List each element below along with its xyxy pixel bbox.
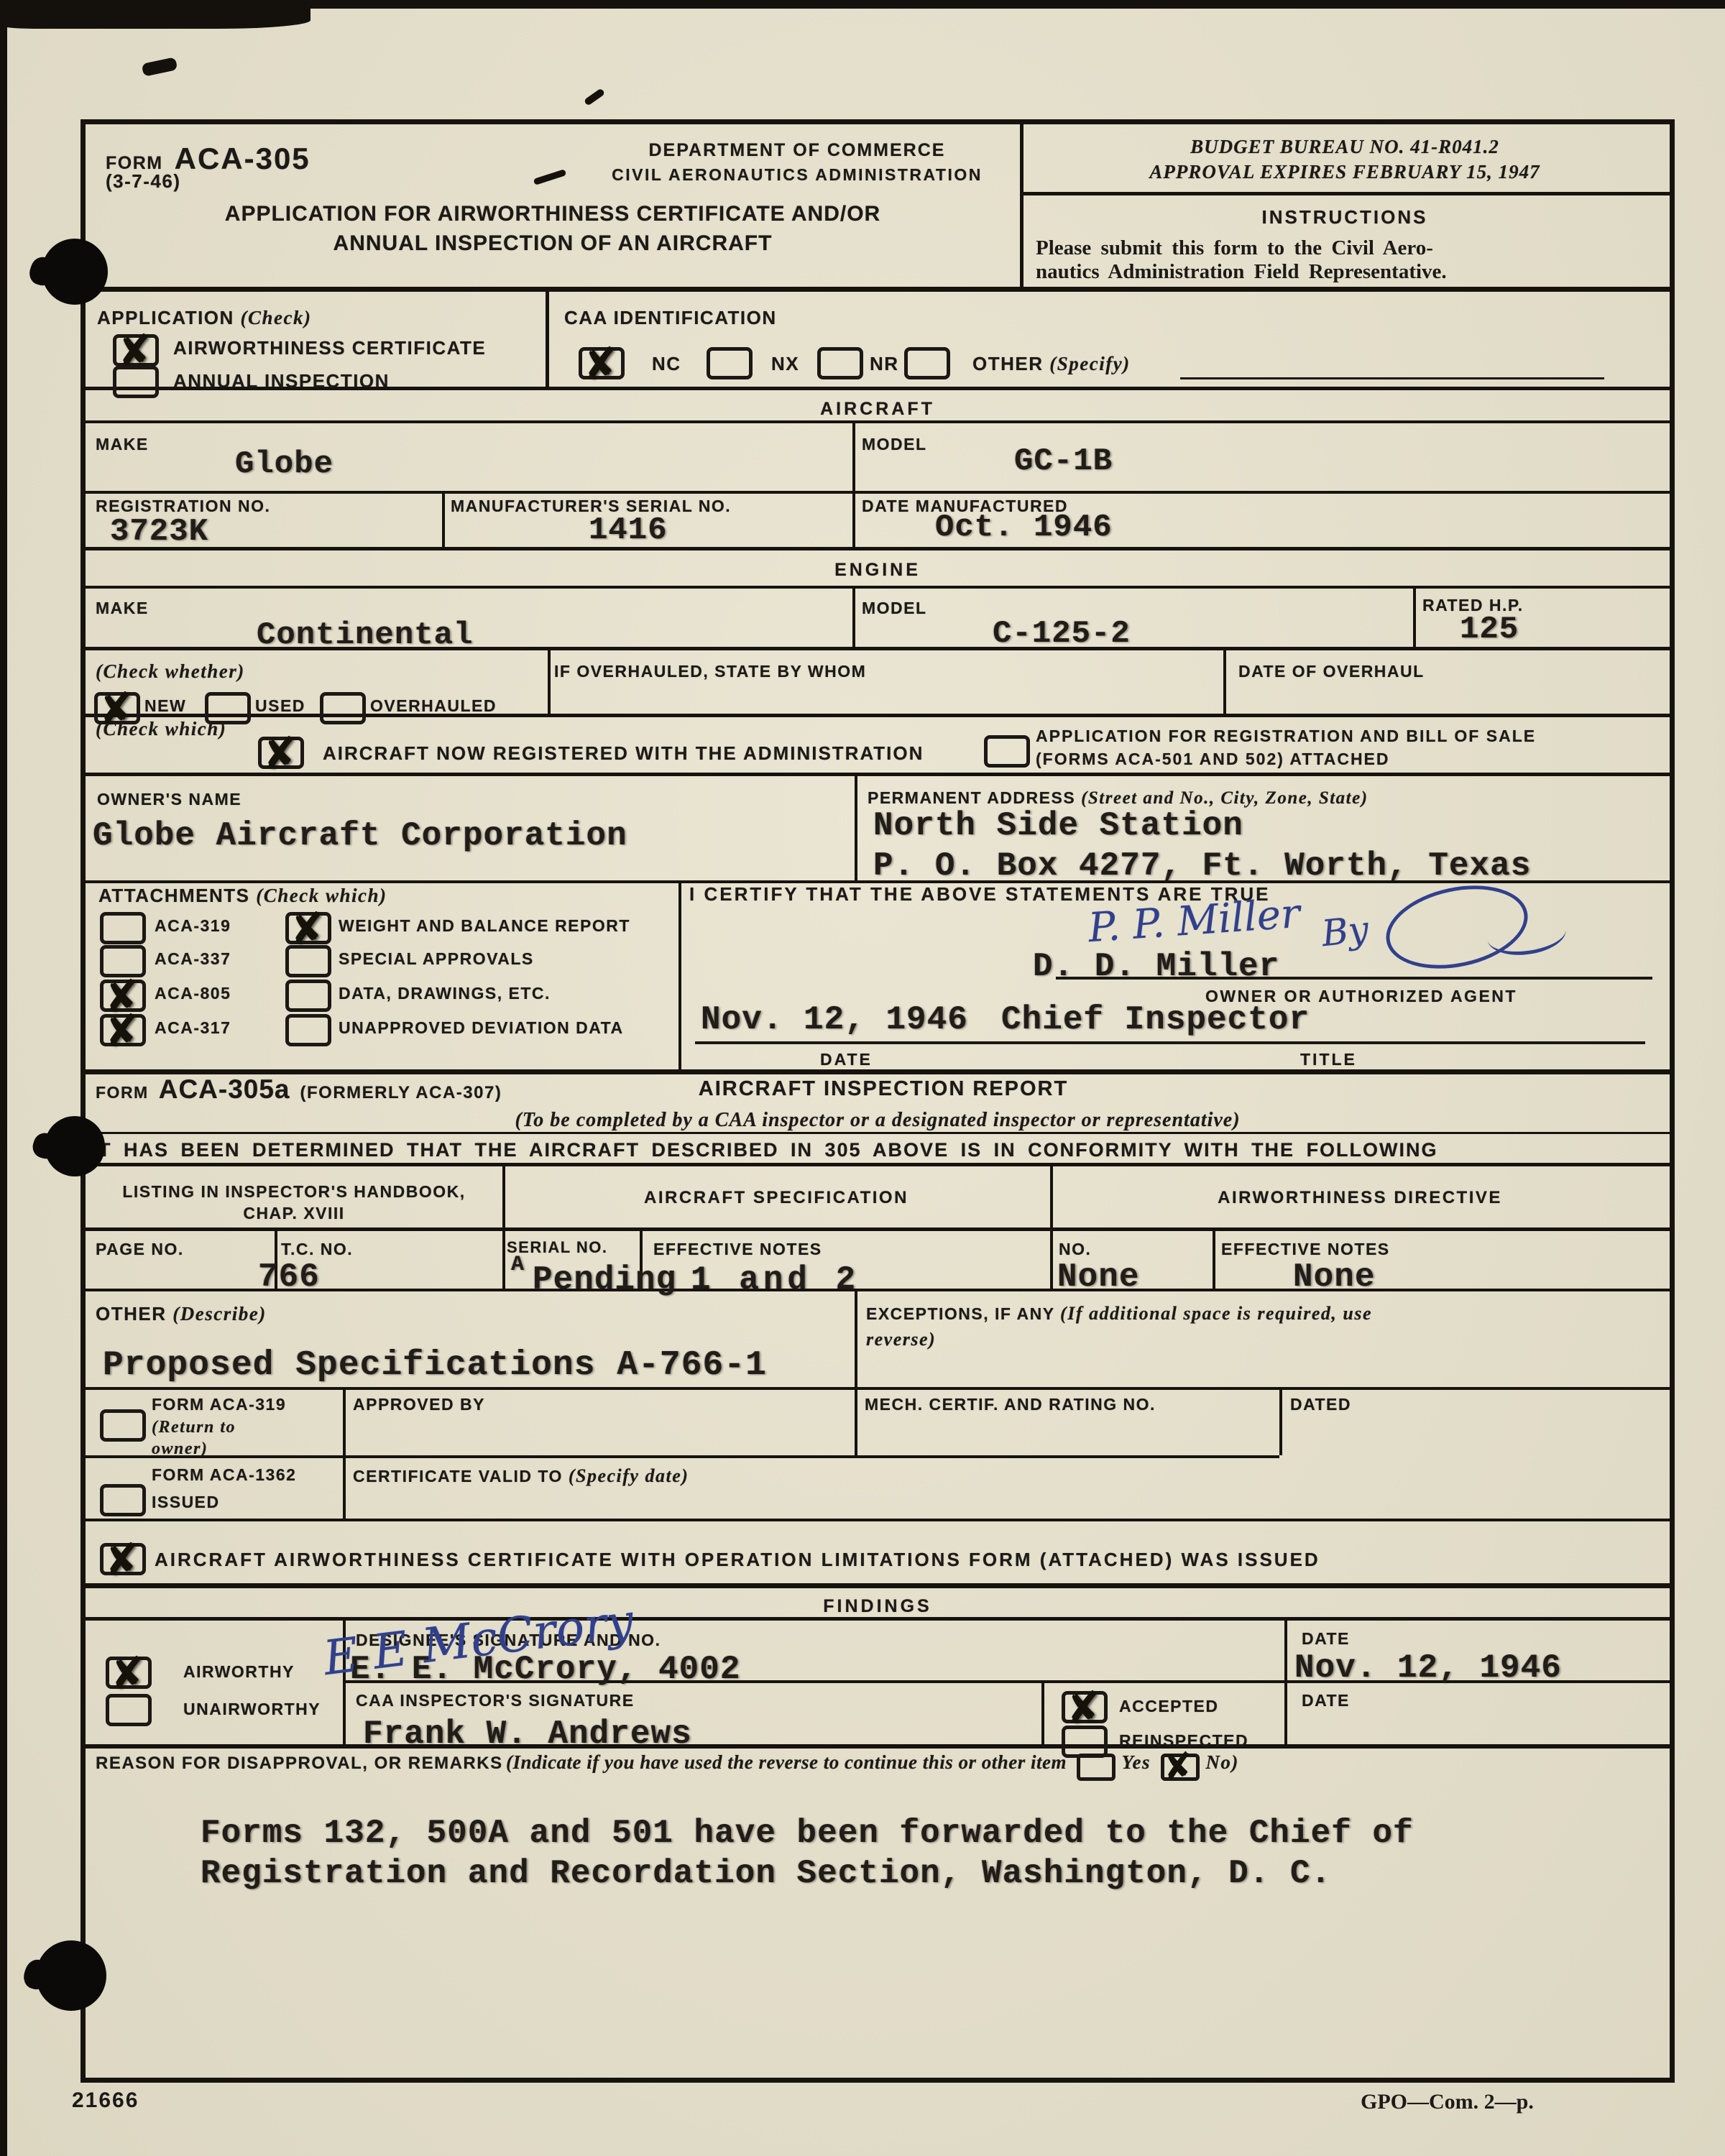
form-319-label: FORM ACA-319 <box>152 1395 286 1414</box>
permanent-address-label-text: PERMANENT ADDRESS <box>868 788 1075 807</box>
accepted-label: ACCEPTED <box>1119 1697 1219 1716</box>
grid-line-h <box>86 287 1670 292</box>
engine-overhauled-label: OVERHAULED <box>370 696 497 716</box>
approval-expires: APPROVAL EXPIRES FEBRUARY 15, 1947 <box>1149 161 1540 183</box>
grid-line-h <box>86 586 1670 589</box>
nx-label: NX <box>771 353 799 375</box>
overhauled-by-label: IF OVERHAULED, STATE BY WHOM <box>554 662 866 681</box>
engine-new-label: NEW <box>144 696 186 716</box>
form-1362-label-line2: ISSUED <box>152 1493 220 1512</box>
application-label-note: (Check) <box>241 307 312 328</box>
certification-date-line <box>695 1041 1027 1044</box>
weight-balance-label: WEIGHT AND BALANCE REPORT <box>339 916 630 936</box>
scanned-form-page: FORM ACA-305 (3-7-46) DEPARTMENT OF COMM… <box>0 0 1725 2156</box>
grid-line-v <box>855 1289 857 1387</box>
ad-effective-notes-label: EFFECTIVE NOTES <box>1221 1240 1390 1259</box>
certificate-valid-to-label: CERTIFICATE VALID TO (Specify date) <box>353 1465 689 1487</box>
nr-checkbox <box>817 347 863 379</box>
nc-label: NC <box>652 353 681 375</box>
remarks-yes-label: Yes <box>1121 1751 1151 1773</box>
spec-column-header: AIRCRAFT SPECIFICATION <box>502 1188 1050 1208</box>
grid-line-h <box>86 1744 1670 1749</box>
aircraft-model-value: GC-1B <box>1014 443 1113 479</box>
aircraft-model-label: MODEL <box>862 435 927 454</box>
approved-by-label: APPROVED BY <box>353 1395 485 1414</box>
certification-date-label: DATE <box>820 1050 873 1069</box>
registration-value: 3723K <box>110 514 208 550</box>
mech-certif-label: MECH. CERTIF. AND RATING NO. <box>865 1395 1156 1414</box>
grid-line-v <box>855 1387 857 1455</box>
airworthiness-certificate-label: AIRWORTHINESS CERTIFICATE <box>173 337 486 359</box>
instructions-title: INSTRUCTIONS <box>1020 206 1670 229</box>
instructions-line2: nautics Administration Field Representat… <box>1036 260 1447 283</box>
grid-line-h <box>86 547 1670 550</box>
handbook-column-header: LISTING IN INSPECTOR'S HANDBOOK, CHAP. X… <box>86 1182 502 1225</box>
grid-line-h <box>1020 192 1670 195</box>
other-describe-value: Proposed Specifications A-766-1 <box>103 1346 767 1385</box>
engine-used-label: USED <box>255 696 305 716</box>
form-revision-date: (3-7-46) <box>106 170 180 193</box>
grid-line-v <box>852 586 855 647</box>
attachments-label: ATTACHMENTS (Check which) <box>98 885 387 907</box>
department-name: DEPARTMENT OF COMMERCE CIVIL AERONAUTICS… <box>524 140 1070 188</box>
engine-model-value: C-125-2 <box>993 616 1131 652</box>
ad-no-value: None <box>1057 1258 1139 1296</box>
budget-bureau-note: BUDGET BUREAU NO. 41-R041.2 APPROVAL EXP… <box>1020 136 1670 185</box>
tc-no-label: T.C. NO. <box>281 1240 353 1259</box>
footer-stock-number: 21666 <box>72 2088 139 2113</box>
pen-mark <box>142 57 178 77</box>
grid-line-v <box>502 1163 505 1289</box>
aircraft-make-label: MAKE <box>96 435 149 454</box>
attachments-label-text: ATTACHMENTS <box>98 885 250 906</box>
inspection-form-number-value: ACA-305a <box>159 1074 290 1105</box>
remarks-no-checkbox <box>1161 1754 1200 1781</box>
other-label-text: OTHER <box>972 353 1044 374</box>
owner-signature-typed: D. D. Miller <box>1033 948 1279 985</box>
registered-label: AIRCRAFT NOW REGISTERED WITH THE ADMINIS… <box>323 742 924 765</box>
grid-line-v <box>1284 1617 1287 1744</box>
remarks-body-line1: Forms 132, 500A and 501 have been forwar… <box>201 1815 1414 1852</box>
grid-line-v <box>1223 647 1226 714</box>
special-approvals-checkbox <box>285 945 331 977</box>
grid-line-v <box>678 880 681 1069</box>
certification-title-line <box>991 1041 1645 1044</box>
designee-date-value: Nov. 12, 1946 <box>1294 1649 1562 1687</box>
certificate-issued-checkbox <box>100 1543 146 1575</box>
page-title: APPLICATION FOR AIRWORTHINESS CERTIFICAT… <box>86 202 1020 261</box>
engine-make-value: Continental <box>257 617 473 653</box>
grid-line-v <box>1279 1387 1282 1455</box>
grid-line-h <box>86 773 1670 776</box>
engine-model-label: MODEL <box>862 599 927 618</box>
date-manufactured-value: Oct. 1946 <box>935 510 1113 545</box>
page-no-label: PAGE NO. <box>96 1240 184 1259</box>
owner-address-line1: North Side Station <box>873 807 1243 844</box>
data-drawings-label: DATA, DRAWINGS, ETC. <box>339 984 551 1003</box>
certification-date-value: Nov. 12, 1946 <box>701 1001 968 1038</box>
unapproved-deviation-label: UNAPPROVED DEVIATION DATA <box>339 1018 624 1038</box>
annual-inspection-checkbox <box>113 366 159 398</box>
other-label-note: (Specify) <box>1049 353 1130 374</box>
caa-inspector-signature-label: CAA INSPECTOR'S SIGNATURE <box>356 1691 635 1710</box>
form-319-checkbox <box>100 1409 146 1442</box>
footer-gpo-imprint: GPO—Com. 2—p. <box>1361 2090 1534 2114</box>
serial-no-value: Pending <box>533 1261 676 1299</box>
aca-317-label: ACA-317 <box>155 1018 231 1038</box>
grid-line-v <box>852 491 855 547</box>
form-1362-checkbox <box>100 1484 146 1516</box>
date-of-overhaul-label: DATE OF OVERHAUL <box>1238 662 1425 681</box>
unapproved-deviation-checkbox <box>285 1014 331 1046</box>
form-319-note1: (Return to <box>152 1418 236 1437</box>
punch-hole <box>42 239 108 305</box>
engine-overhauled-checkbox <box>320 692 366 724</box>
certificate-issued-label: AIRCRAFT AIRWORTHINESS CERTIFICATE WITH … <box>155 1549 1320 1571</box>
special-approvals-label: SPECIAL APPROVALS <box>339 949 534 969</box>
certificate-valid-to-text: CERTIFICATE VALID TO <box>353 1467 563 1485</box>
airworthy-checkbox <box>106 1657 152 1689</box>
grid-line-h <box>86 1227 1670 1231</box>
findings-section-title: FINDINGS <box>86 1596 1670 1617</box>
other-checkbox <box>904 347 950 379</box>
grid-line-h <box>86 1519 1670 1521</box>
unairworthy-label: UNAIRWORTHY <box>183 1700 321 1719</box>
application-section-label: APPLICATION (Check) <box>97 307 312 329</box>
tc-no-value: 766 <box>258 1258 320 1296</box>
owner-name-value: Globe Aircraft Corporation <box>93 817 627 854</box>
inspection-subtitle: (To be completed by a CAA inspector or a… <box>86 1109 1670 1132</box>
instructions-line1: Please submit this form to the Civil Aer… <box>1036 236 1433 259</box>
designee-date-label: DATE <box>1302 1629 1350 1649</box>
aca-337-label: ACA-337 <box>155 949 231 969</box>
caa-identification-label: CAA IDENTIFICATION <box>564 307 777 329</box>
engine-used-checkbox <box>205 692 251 724</box>
department-line: DEPARTMENT OF COMMERCE <box>649 140 946 160</box>
pen-mark <box>584 88 605 106</box>
accepted-checkbox <box>1062 1691 1108 1723</box>
inspection-title: AIRCRAFT INSPECTION REPORT <box>459 1077 1307 1101</box>
data-drawings-checkbox <box>285 980 331 1012</box>
form-1362-label-line1: FORM ACA-1362 <box>152 1465 296 1485</box>
grid-line-h <box>86 1069 1670 1074</box>
grid-line-v <box>343 1387 346 1455</box>
determination-statement: T HAS BEEN DETERMINED THAT THE AIRCRAFT … <box>98 1139 1438 1161</box>
remarks-body-line2: Registration and Recordation Section, Wa… <box>201 1855 1331 1892</box>
exceptions-label: EXCEPTIONS, IF ANY (If additional space … <box>866 1303 1372 1325</box>
grid-line-h <box>86 420 1670 423</box>
ad-effective-notes-value: None <box>1293 1258 1375 1296</box>
effective-notes-label: EFFECTIVE NOTES <box>653 1240 822 1259</box>
exceptions-text: EXCEPTIONS, IF ANY <box>866 1304 1054 1323</box>
page-title-line1: APPLICATION FOR AIRWORTHINESS CERTIFICAT… <box>225 202 880 226</box>
aircraft-make-value: Globe <box>235 446 333 482</box>
check-whether-label: (Check whether) <box>96 660 245 683</box>
budget-bureau-number: BUDGET BUREAU NO. 41-R041.2 <box>1190 136 1499 157</box>
nc-checkbox <box>579 347 625 379</box>
grid-line-h <box>86 1455 1279 1458</box>
grid-line-h <box>86 1583 1670 1588</box>
punch-hole <box>45 1116 105 1176</box>
punch-hole <box>36 1940 106 2011</box>
grid-line-v <box>1213 1227 1215 1289</box>
grid-line-h <box>86 1163 1670 1166</box>
grid-line-v <box>1413 586 1416 647</box>
aca-319-label: ACA-319 <box>155 916 231 936</box>
nx-checkbox <box>707 347 753 379</box>
unairworthy-checkbox <box>106 1694 152 1726</box>
other-label: OTHER (Specify) <box>972 353 1131 375</box>
effective-notes-value: 1 and 2 <box>691 1261 860 1299</box>
inspection-form-prefix: FORM <box>96 1083 149 1102</box>
grid-line-h <box>86 1387 1670 1390</box>
instructions-body: Please submit this form to the Civil Aer… <box>1036 236 1668 284</box>
owner-signature-by: By <box>1320 908 1371 954</box>
grid-line-v <box>1050 1163 1053 1289</box>
aca-317-checkbox <box>100 1014 146 1046</box>
inspection-form-number: FORM ACA-305a (FORMERLY ACA-307) <box>96 1074 502 1105</box>
aca-805-label: ACA-805 <box>155 984 231 1003</box>
nr-label: NR <box>870 353 899 375</box>
permanent-address-label-note: (Street and No., City, Zone, State) <box>1081 788 1368 808</box>
directive-column-header: AIRWORTHINESS DIRECTIVE <box>1050 1188 1670 1208</box>
dated-label: DATED <box>1290 1395 1351 1414</box>
registered-checkbox <box>258 737 304 769</box>
other-describe-label: OTHER (Describe) <box>96 1303 267 1325</box>
engine-new-checkbox <box>94 692 140 724</box>
rated-hp-value: 125 <box>1460 612 1519 648</box>
bill-of-sale-line1: APPLICATION FOR REGISTRATION AND BILL OF… <box>1036 727 1536 746</box>
grid-line-v <box>442 491 445 547</box>
annual-inspection-label: ANNUAL INSPECTION <box>173 370 390 392</box>
bill-of-sale-checkbox <box>984 735 1030 768</box>
caa-date-label: DATE <box>1302 1691 1350 1710</box>
airworthy-label: AIRWORTHY <box>183 1662 295 1682</box>
grid-line-v <box>546 287 549 387</box>
grid-line-v <box>1041 1680 1044 1744</box>
grid-line-v <box>852 420 855 491</box>
engine-section-title: ENGINE <box>86 560 1670 581</box>
application-label: APPLICATION <box>97 307 234 328</box>
certification-title-label: TITLE <box>1300 1050 1357 1069</box>
remarks-no-label: No) <box>1205 1751 1239 1773</box>
remarks-label: REASON FOR DISAPPROVAL, OR REMARKS <box>96 1754 503 1773</box>
reinspected-checkbox <box>1062 1726 1108 1758</box>
weight-balance-checkbox <box>285 912 331 944</box>
form-319-note2: owner) <box>152 1439 208 1459</box>
grid-line-h <box>86 1289 1670 1291</box>
owner-name-label: OWNER'S NAME <box>97 790 241 809</box>
exceptions-note2: reverse) <box>866 1329 936 1350</box>
other-specify-line <box>1180 377 1604 379</box>
certificate-valid-to-note: (Specify date) <box>569 1465 689 1486</box>
owner-address-line2: P. O. Box 4277, Ft. Worth, Texas <box>873 847 1531 885</box>
grid-line-v <box>343 1455 346 1519</box>
aca-319-checkbox <box>100 912 146 944</box>
other-describe-note: (Describe) <box>172 1303 266 1325</box>
administration-line: CIVIL AERONAUTICS ADMINISTRATION <box>612 165 983 184</box>
mfr-serial-value: 1416 <box>589 512 668 548</box>
aircraft-section-title: AIRCRAFT <box>86 399 1670 420</box>
form-number-value: ACA-305 <box>175 142 310 176</box>
scan-edge-left <box>0 0 7 2156</box>
scan-edge-top-thick <box>0 0 310 29</box>
grid-line-v <box>548 647 551 714</box>
bill-of-sale-line2: (FORMS ACA-501 AND 502) ATTACHED <box>1036 750 1390 769</box>
registration-label: REGISTRATION NO. <box>96 497 270 516</box>
handbook-header-line2: CHAP. XVIII <box>243 1204 344 1222</box>
handbook-header-line1: LISTING IN INSPECTOR'S HANDBOOK, <box>122 1182 465 1201</box>
ad-no-label: NO. <box>1059 1240 1091 1259</box>
page-title-line2: ANNUAL INSPECTION OF AN AIRCRAFT <box>333 231 773 255</box>
grid-line-h <box>86 1132 1670 1134</box>
engine-make-label: MAKE <box>96 599 149 618</box>
certification-title-value: Chief Inspector <box>1001 1001 1310 1038</box>
serial-no-prefix: A <box>511 1253 525 1277</box>
permanent-address-label: PERMANENT ADDRESS (Street and No., City,… <box>868 788 1368 808</box>
other-describe-text: OTHER <box>96 1303 167 1325</box>
form-frame: FORM ACA-305 (3-7-46) DEPARTMENT OF COMM… <box>80 119 1675 2083</box>
airworthiness-certificate-checkbox <box>113 334 159 367</box>
grid-line-h <box>86 491 1670 494</box>
caa-inspector-signature-typed: Frank W. Andrews <box>363 1715 692 1753</box>
grid-line-h <box>86 1617 1670 1621</box>
exceptions-note1: (If additional space is required, use <box>1060 1303 1372 1324</box>
grid-line-v <box>855 773 857 880</box>
remarks-label-note: (Indicate if you have used the reverse t… <box>506 1751 1067 1773</box>
